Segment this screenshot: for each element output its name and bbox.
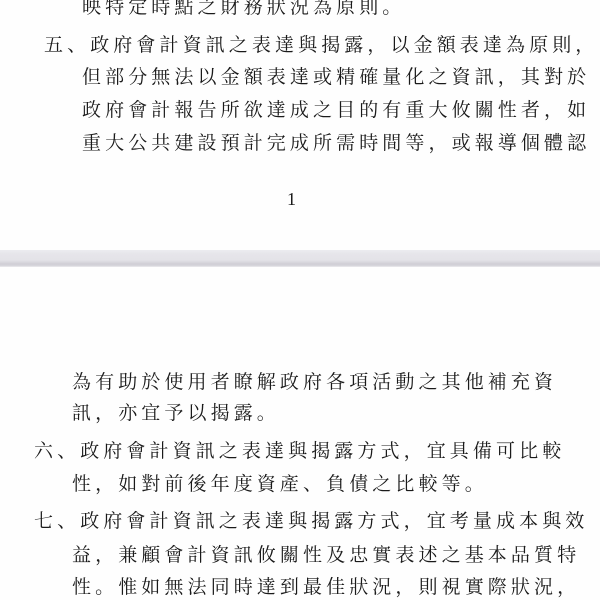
text-line: 性，如對前後年度資產、負債之比較等。 (72, 473, 488, 495)
page-number: 1 (287, 189, 296, 210)
text-line: 映特定時點之財務狀況為原則。 (82, 0, 405, 18)
text-line: 益，兼顧會計資訊攸關性及忠實表述之基本品質特 (72, 544, 580, 566)
section-seven-heading-line: 七、政府會計資訊之表達與揭露方式，宜考量成本與效 (34, 510, 588, 532)
text-line: 為有助於使用者瞭解政府各項活動之其他補充資 (72, 371, 557, 393)
section-six-heading-line: 六、政府會計資訊之表達與揭露方式，宜具備可比較 (34, 440, 565, 462)
document-page-2: 為有助於使用者瞭解政府各項活動之其他補充資 訊，亦宜予以揭露。 六、政府會計資訊… (0, 267, 600, 600)
page-separator (0, 250, 600, 267)
text-line: 重大公共建設預計完成所需時間等，或報導個體認 (82, 132, 590, 154)
document-page-1: 映特定時點之財務狀況為原則。 五、政府會計資訊之表達與揭露，以金額表達為原則， … (0, 0, 600, 250)
text-line: 政府會計報告所欲達成之目的有重大攸關性者，如 (82, 99, 590, 121)
text-line: 性。惟如無法同時達到最佳狀況，則視實際狀況， (72, 576, 580, 598)
section-five-heading-line: 五、政府會計資訊之表達與揭露，以金額表達為原則， (44, 34, 598, 56)
text-line: 訊，亦宜予以揭露。 (72, 402, 280, 424)
text-line: 但部分無法以金額表達或精確量化之資訊，其對於 (82, 66, 590, 88)
